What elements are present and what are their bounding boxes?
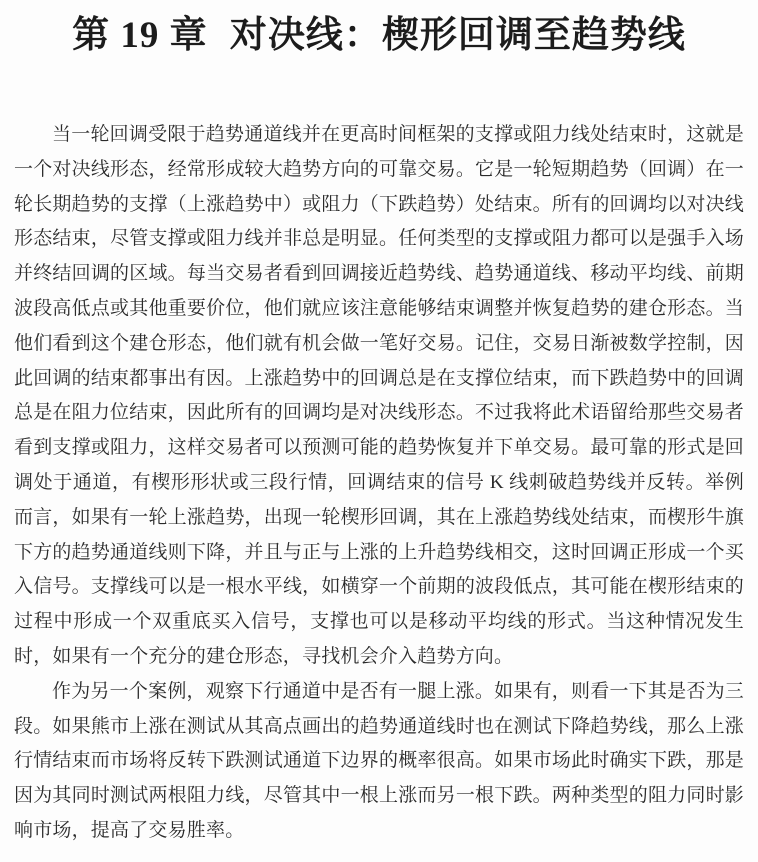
paragraph-1: 当一轮回调受限于趋势通道线并在更高时间框架的支撑或阻力线处结束时，这就是一个对决… [14, 118, 744, 675]
book-page: 第 19 章对决线：楔形回调至趋势线 当一轮回调受限于趋势通道线并在更高时间框架… [0, 0, 758, 862]
chapter-name: 对决线：楔形回调至趋势线 [230, 15, 686, 56]
body-text: 当一轮回调受限于趋势通道线并在更高时间框架的支撑或阻力线处结束时，这就是一个对决… [14, 118, 744, 849]
paragraph-2: 作为另一个案例，观察下行通道中是否有一腿上涨。如果有，则看一下其是否为三段。如果… [14, 675, 744, 849]
chapter-title: 第 19 章对决线：楔形回调至趋势线 [14, 12, 744, 60]
chapter-number: 第 19 章 [72, 15, 208, 56]
